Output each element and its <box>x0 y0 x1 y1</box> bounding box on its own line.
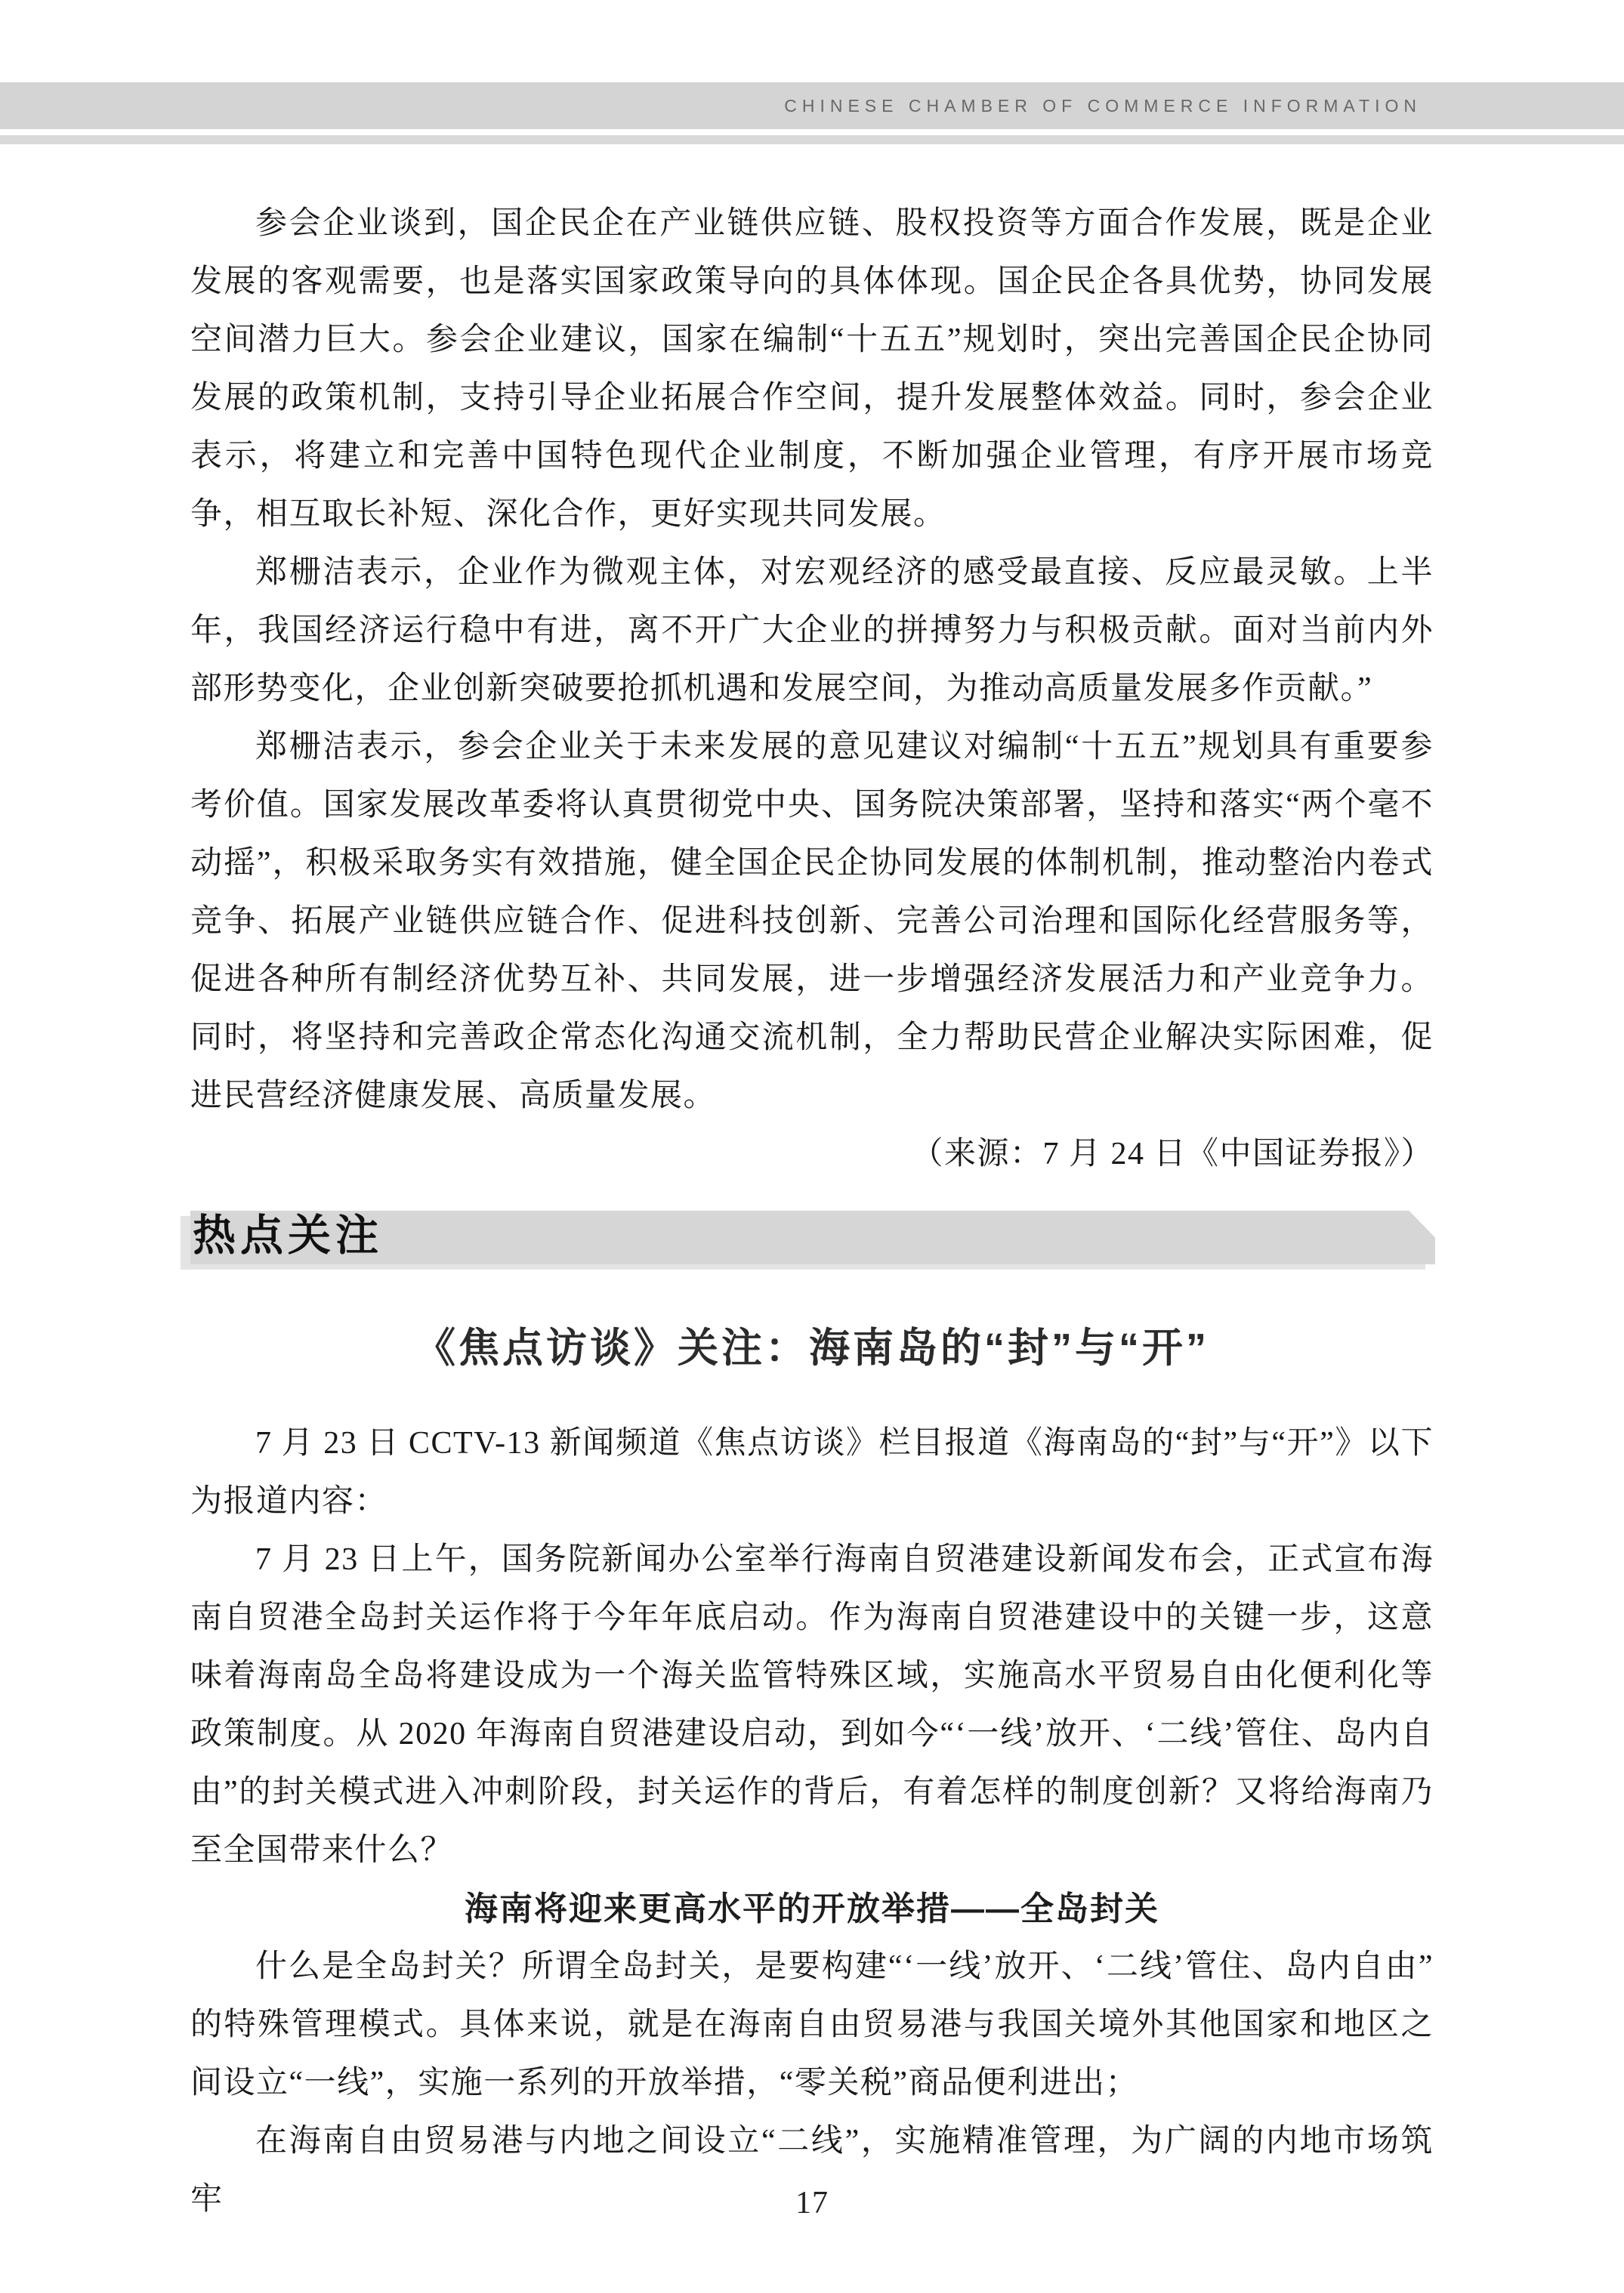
paragraph: 什么是全岛封关？所谓全岛封关，是要构建“‘一线’放开、‘二线’管住、岛内自由”的… <box>190 1938 1434 2112</box>
section-banner-label: 热点关注 <box>193 1211 383 1264</box>
article-title: 《焦点访谈》关注：海南岛的“封”与“开” <box>0 1318 1624 1378</box>
source-attribution: （来源：7 月 24 日《中国证券报》） <box>190 1125 1434 1184</box>
header-thin-bar <box>0 135 1624 144</box>
header-gray-bar: CHINESE CHAMBER OF COMMERCE INFORMATION <box>0 82 1624 129</box>
header-banner-text: CHINESE CHAMBER OF COMMERCE INFORMATION <box>784 82 1422 129</box>
paragraph: 参会企业谈到，国企民企在产业链供应链、股权投资等方面合作发展，既是企业发展的客观… <box>190 195 1434 544</box>
report-subheading: 海南将迎来更高水平的开放举措——全岛封关 <box>190 1880 1434 1938</box>
article-body: 参会企业谈到，国企民企在产业链供应链、股权投资等方面合作发展，既是企业发展的客观… <box>190 195 1434 1184</box>
paragraph: 郑栅洁表示，企业作为微观主体，对宏观经济的感受最直接、反应最灵敏。上半年，我国经… <box>190 544 1434 718</box>
section-banner: 热点关注 <box>190 1211 1435 1264</box>
paragraph: 7 月 23 日上午，国务院新闻办公室举行海南自贸港建设新闻发布会，正式宣布海南… <box>190 1531 1434 1880</box>
paragraph: 7 月 23 日 CCTV-13 新闻频道《焦点访谈》栏目报道《海南岛的“封”与… <box>190 1415 1434 1531</box>
page-number: 17 <box>0 2185 1624 2221</box>
paragraph: 郑栅洁表示，参会企业关于未来发展的意见建议对编制“十五五”规划具有重要参考价值。… <box>190 718 1434 1125</box>
document-page: CHINESE CHAMBER OF COMMERCE INFORMATION … <box>0 0 1624 2293</box>
report-body: 7 月 23 日 CCTV-13 新闻频道《焦点访谈》栏目报道《海南岛的“封”与… <box>190 1415 1434 2229</box>
